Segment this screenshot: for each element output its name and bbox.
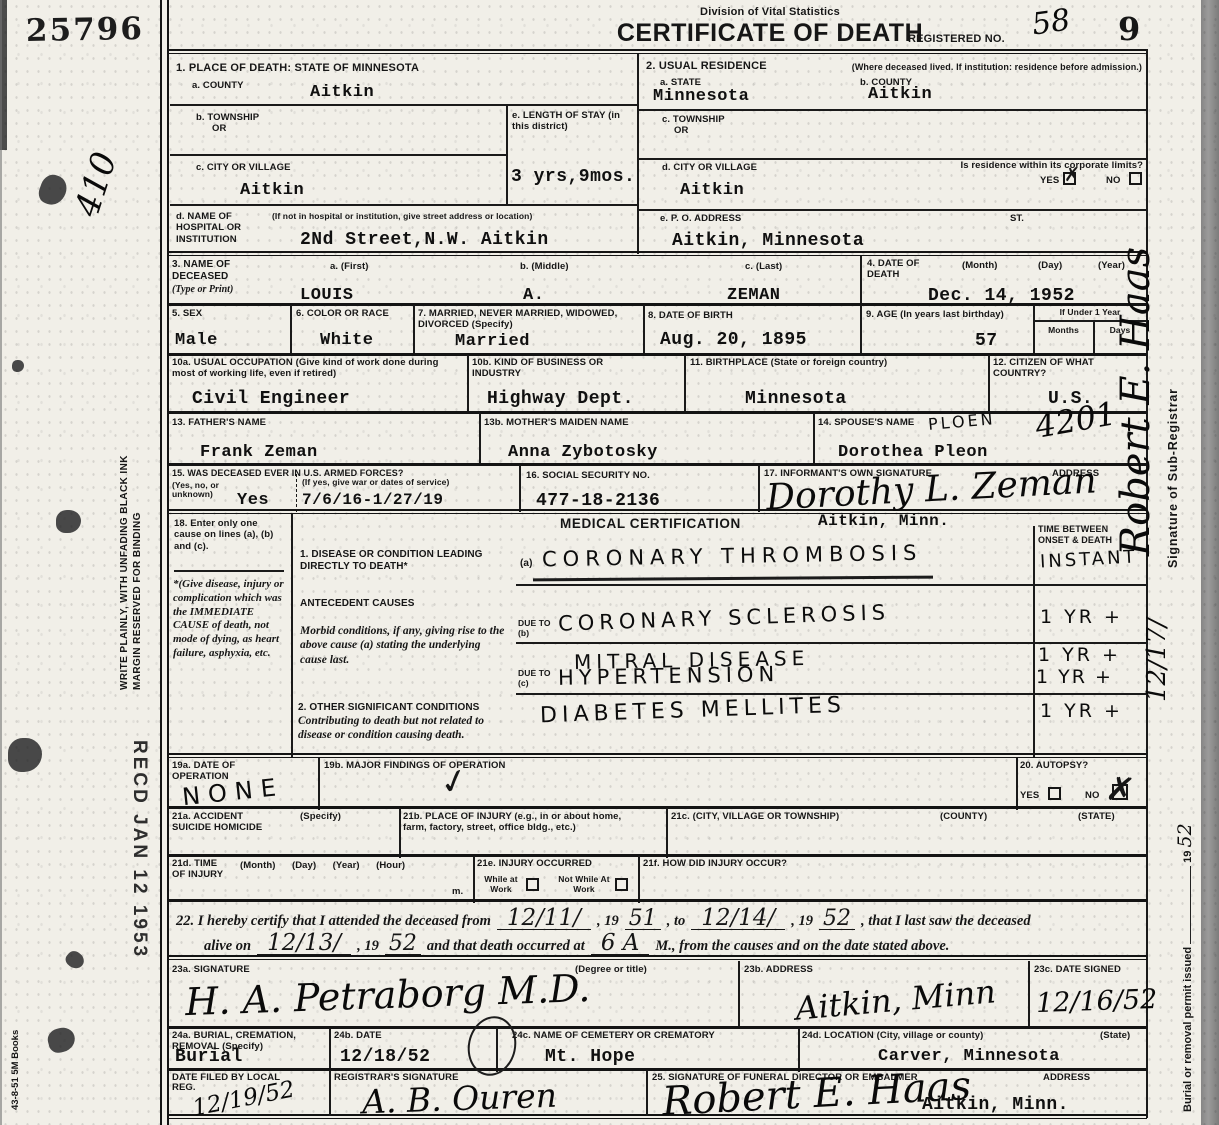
certify-text: , 19 (597, 914, 619, 929)
rule (666, 808, 668, 858)
permit-blank (1179, 866, 1191, 944)
ink-blot (8, 738, 42, 772)
burial-date-label: 24b. DATE (334, 1030, 382, 1041)
type-or-print-note: (Type or Print) (172, 284, 233, 297)
middle-name-label: b. (Middle) (520, 261, 569, 272)
spouse-annotation-number: 4201 (1033, 397, 1119, 443)
attendant-signature: H. A. Petraborg M.D. (184, 969, 590, 1021)
burial-state-label: (State) (1100, 1030, 1130, 1041)
permit-label: Burial or removal permit issued (1182, 947, 1194, 1112)
township-label: b. TOWNSHIP (196, 112, 259, 123)
service-dates-value: 7/6/16-1/27/19 (302, 492, 443, 510)
cause-b-time-handwritten: 1 YR + (1040, 608, 1123, 627)
rule (168, 806, 1147, 809)
rule (1093, 320, 1095, 355)
name-of-deceased-label: 3. NAME OF DECEASED (172, 259, 264, 283)
residence-township-label: c. TOWNSHIP (662, 114, 725, 125)
death-day-label: (Day) (1038, 260, 1062, 271)
cemetery-value: Mt. Hope (545, 1048, 635, 1068)
cemetery-label: 24c. NAME OF CEMETERY OR CREMATORY (512, 1030, 792, 1041)
rule (168, 1026, 1147, 1029)
certify-text: alive on (204, 939, 251, 954)
rule (479, 413, 481, 465)
marital-label: 7. MARRIED, NEVER MARRIED, WIDOWED, DIVO… (418, 308, 640, 331)
occupation-value: Civil Engineer (192, 390, 350, 410)
length-of-stay-label: e. LENGTH OF STAY (in this district) (512, 110, 630, 133)
residence-city-value: Aitkin (680, 182, 744, 201)
spouse-label: 14. SPOUSE'S NAME (818, 417, 914, 428)
permit-year-handwritten: 52 (1174, 823, 1196, 847)
ssn-value: 477-18-2136 (536, 492, 660, 512)
rule (813, 413, 815, 465)
serial-number-stamp: 25796 (26, 11, 144, 49)
rule (637, 54, 639, 254)
time-of-injury-label: 21d. TIME OF INJURY (172, 858, 230, 881)
usual-residence-title: 2. USUAL RESIDENCE (646, 60, 767, 73)
ink-blot (12, 360, 24, 372)
date-signed-label: 23c. DATE SIGNED (1034, 964, 1121, 975)
not-while-at-work-label: Not While At Work (556, 874, 612, 894)
mother-label: 13b. MOTHER'S MAIDEN NAME (484, 417, 629, 428)
rule (1033, 305, 1035, 355)
mother-value: Anna Zybotosky (508, 444, 658, 463)
rule (413, 305, 415, 355)
cause-a-label: (a) (520, 558, 533, 570)
scan-edge-line (0, 0, 2, 1125)
rule (318, 758, 320, 810)
print-code: 43-8-51 5M Books (10, 1030, 21, 1110)
time-m-label: m. (452, 886, 463, 897)
rule (168, 411, 1147, 414)
while-at-work-checkbox (526, 878, 539, 891)
received-date-stamp: RECD JAN 12 1953 (128, 740, 150, 959)
due-to-b-label: DUE TO (b) (518, 618, 560, 638)
corporate-limits-question: Is residence within its corporate limits… (928, 160, 1143, 171)
cause-b-value-handwritten: CORONARY SCLEROSIS (558, 602, 891, 635)
usual-residence-note: (Where deceased lived. If institution: r… (830, 62, 1142, 73)
while-at-work-label: While at Work (478, 874, 524, 894)
limits-no-label: NO (1106, 175, 1120, 186)
rule (798, 1028, 800, 1072)
certify-statement-line2: alive on 12/13/ , 19 52 and that death o… (204, 933, 949, 955)
limits-yes-x-mark: ✗ (1064, 164, 1080, 186)
middle-name-value: A. (523, 287, 544, 306)
residence-township-or: OR (674, 125, 688, 136)
rule (519, 465, 521, 512)
rule (168, 49, 1147, 54)
other-conditions-note: Contributing to death but not related to… (298, 714, 510, 743)
ink-blot (56, 510, 81, 533)
rule (643, 305, 645, 355)
rule (168, 353, 1147, 356)
birthplace-value: Minnesota (745, 390, 847, 410)
rule (638, 209, 1147, 211)
rule (170, 104, 637, 106)
margin-instruction-line2: MARGIN RESERVED FOR BINDING (131, 455, 144, 690)
rule (168, 899, 1147, 902)
sub-registrar-signature: Robert E. Haas (1116, 247, 1156, 556)
race-value: White (320, 332, 374, 351)
residence-state-value: Minnesota (653, 88, 749, 107)
race-label: 6. COLOR OR RACE (296, 308, 408, 319)
injury-state-label: (STATE) (1078, 811, 1115, 822)
rule (684, 355, 686, 413)
rule (296, 474, 297, 512)
last-name-label: c. (Last) (745, 261, 782, 272)
death-certificate-scan: 25796 410 WRITE PLAINLY, WITH UNFADING B… (0, 0, 1219, 1125)
months-label: Months (1036, 325, 1091, 335)
immediate-cause-note: *(Give disease, injury or complication w… (173, 578, 287, 661)
cause-a-value-handwritten: CORONARY THROMBOSIS (542, 543, 923, 571)
other-conditions-time-handwritten: 1 YR + (1040, 702, 1123, 721)
time-of-injury-units: (Month) (Day) (Year) (Hour) (240, 860, 405, 871)
permit-line: Burial or removal permit issued 19 52 (1176, 823, 1195, 1112)
attended-to-date-handwritten: 12/14/ (691, 908, 785, 930)
rule (646, 1070, 648, 1116)
funeral-director-address-label: ADDRESS (1043, 1072, 1090, 1083)
last-name-value: ZEMAN (727, 287, 781, 306)
occupation-label: 10a. USUAL OCCUPATION (Give kind of work… (172, 357, 462, 380)
residence-county-value: Aitkin (868, 86, 932, 105)
certify-text: M., from the causes and on the date stat… (655, 939, 949, 954)
attendant-signature-label: 23a. SIGNATURE (172, 964, 250, 975)
sex-value: Male (175, 332, 218, 351)
last-alive-date-handwritten: 12/13/ (257, 933, 351, 955)
rule (168, 251, 1147, 256)
due-to-c-label: DUE TO (c) (518, 668, 560, 688)
po-address-label: e. P. O. ADDRESS (660, 213, 741, 224)
place-of-death-title: 1. PLACE OF DEATH: STATE OF MINNESOTA (176, 62, 419, 75)
date-filed-label2: REG. (172, 1082, 196, 1093)
place-of-injury-label: 21b. PLACE OF INJURY (e.g., in or about … (403, 811, 635, 834)
burial-date-value: 12/18/52 (340, 1048, 430, 1068)
county-value: Aitkin (310, 84, 374, 103)
margin-instructions: WRITE PLAINLY, WITH UNFADING BLACK INK M… (118, 455, 144, 690)
rule (170, 154, 506, 156)
certify-text: , that I last saw the deceased (861, 914, 1031, 929)
division-title: Division of Vital Statistics (470, 6, 1070, 19)
industry-value: Highway Dept. (487, 390, 634, 410)
certify-statement-line1: 22. I hereby certify that I attended the… (176, 908, 1031, 930)
rule (473, 856, 475, 903)
rule (399, 808, 401, 858)
rule (860, 256, 862, 305)
ink-blot (63, 948, 87, 972)
autopsy-no-x-mark: ✗ (1103, 768, 1137, 812)
cause-c-time-handwritten: 1 YR + (1036, 668, 1113, 687)
registered-no-printed: 9 (1118, 10, 1140, 48)
township-or-label: OR (212, 123, 226, 134)
sub-registrar-label: Signature of Sub-Registrar (1166, 388, 1180, 568)
marital-value: Married (455, 333, 530, 352)
rule (290, 305, 292, 355)
burial-location-label: 24d. LOCATION (City, village or county) (802, 1030, 983, 1041)
rule (1028, 961, 1030, 1028)
ink-blot (36, 171, 71, 208)
age-label: 9. AGE (In years last birthday) (866, 309, 1006, 320)
autopsy-no-label: NO (1085, 790, 1099, 801)
alive-year-handwritten: 52 (385, 934, 421, 955)
birth-date-value: Aug. 20, 1895 (660, 331, 807, 351)
length-of-stay-value: 3 yrs,9mos. (511, 168, 635, 188)
disease-condition-label: 1. DISEASE OR CONDITION LEADING DIRECTLY… (300, 549, 518, 573)
armed-forces-note2: unknown) (172, 489, 213, 499)
limits-yes-label: YES (1040, 175, 1059, 186)
rule (516, 584, 1147, 586)
specify-label: (Specify) (300, 811, 341, 822)
service-dates-note: (If yes, give war or dates of service) (302, 477, 517, 487)
informant-address-value: Aitkin, Minn. (818, 513, 949, 531)
citizen-label: 12. CITIZEN OF WHAT COUNTRY? (993, 357, 1133, 380)
rule (329, 1070, 331, 1116)
margin-handwriting: 410 (70, 148, 122, 220)
other-conditions-value-handwritten: DIABETES MELLITES (540, 695, 847, 728)
date-of-death-value: Dec. 14, 1952 (928, 287, 1075, 307)
hospital-note: (If not in hospital or institution, give… (272, 211, 640, 221)
accident-suicide-homicide-label: 21a. ACCIDENT SUICIDE HOMICIDE (172, 811, 270, 834)
residence-city-label: d. CITY OR VILLAGE (662, 162, 757, 173)
city-label: c. CITY OR VILLAGE (196, 162, 291, 173)
rule (168, 753, 1147, 758)
how-did-injury-occur-label: 21f. HOW DID INJURY OCCUR? (643, 858, 787, 869)
medical-certification-title: MEDICAL CERTIFICATION (560, 516, 741, 531)
burial-value: Burial (175, 1048, 243, 1068)
cause-instruction-note: 18. Enter only one cause on lines (a), (… (174, 518, 286, 552)
permit-year-label: 19 (1182, 851, 1194, 863)
antecedent-causes-label: ANTECEDENT CAUSES (300, 598, 415, 610)
rule (738, 961, 740, 1028)
rule (291, 514, 293, 757)
to-year-handwritten: 52 (819, 909, 855, 930)
cause-c-value-handwritten: HYPERTENSION (558, 664, 780, 689)
rule (988, 355, 990, 413)
permit-date-handwritten: 12/17/ (1144, 618, 1170, 702)
attendant-address-handwritten: Aitkin, Minn (794, 975, 997, 1024)
rule (638, 109, 1147, 111)
not-while-at-work-checkbox (615, 878, 628, 891)
rule (758, 465, 760, 512)
margin-instruction-line1: WRITE PLAINLY, WITH UNFADING BLACK INK (118, 455, 131, 690)
ssn-label: 16. SOCIAL SECURITY NO. (526, 470, 650, 481)
hand-underline (533, 576, 933, 581)
cause-b2-time-handwritten: 1 YR + (1038, 646, 1121, 665)
autopsy-yes-label: YES (1020, 790, 1039, 801)
first-name-value: LOUIS (300, 287, 354, 306)
rule (329, 1028, 331, 1072)
po-address-value: Aitkin, Minnesota (672, 232, 864, 252)
attended-from-date-handwritten: 12/11/ (497, 908, 591, 930)
hospital-value: 2Nd Street,N.W. Aitkin (300, 231, 549, 251)
injury-city-label: 21c. (CITY, VILLAGE OR TOWNSHIP) (671, 811, 839, 822)
scan-right-band (1201, 0, 1219, 1125)
limits-no-checkbox (1129, 172, 1142, 185)
father-label: 13. FATHER'S NAME (172, 417, 266, 428)
ink-blot (45, 1025, 77, 1055)
registered-no-handwritten: 58 (1030, 5, 1072, 40)
armed-forces-value: Yes (237, 492, 269, 511)
birthplace-label: 11. BIRTHPLACE (State or foreign country… (690, 357, 980, 368)
registered-no-label: REGISTERED NO. (908, 33, 1005, 46)
certify-text: , 19 (357, 939, 379, 954)
rule (168, 1068, 1147, 1071)
rule (506, 104, 508, 205)
birth-date-label: 8. DATE OF BIRTH (648, 310, 733, 321)
county-label: a. COUNTY (192, 80, 244, 91)
rule (168, 854, 1147, 857)
attendant-address-label: 23b. ADDRESS (744, 964, 813, 975)
hospital-label: d. NAME OF HOSPITAL OR INSTITUTION (176, 211, 268, 245)
street-label: ST. (1010, 213, 1024, 224)
spouse-value: Dorothea Pleon (838, 444, 988, 463)
city-value: Aitkin (240, 182, 304, 201)
certify-text: , to (667, 914, 686, 929)
rule (860, 305, 862, 355)
sex-label: 5. SEX (172, 308, 202, 319)
spouse-annotation-handwritten: PLOEN (927, 411, 996, 433)
death-month-label: (Month) (962, 260, 998, 271)
first-name-label: a. (First) (330, 261, 368, 272)
rule (467, 355, 469, 413)
registrar-signature: A. B. Ouren (361, 1079, 557, 1119)
injury-occurred-label: 21e. INJURY OCCURRED (477, 858, 592, 869)
father-value: Frank Zeman (200, 444, 318, 463)
other-conditions-label: 2. OTHER SIGNIFICANT CONDITIONS (298, 702, 479, 714)
certify-text: 22. I hereby certify that I attended the… (176, 914, 491, 929)
industry-label: 10b. KIND OF BUSINESS OR INDUSTRY (472, 357, 652, 380)
certify-text: and that death occurred at (427, 939, 585, 954)
death-time-handwritten: 6 A (591, 933, 650, 955)
from-year-handwritten: 51 (625, 909, 661, 930)
rule (638, 856, 640, 903)
rule (170, 204, 637, 206)
date-of-death-label: 4. DATE OF DEATH (867, 258, 929, 281)
age-value: 57 (975, 332, 998, 352)
certify-text: , 19 (791, 914, 813, 929)
operation-findings-label: 19b. MAJOR FINDINGS OF OPERATION (324, 760, 505, 771)
date-signed-handwritten: 12/16/52 (1036, 986, 1158, 1017)
autopsy-label: 20. AUTOPSY? (1020, 760, 1088, 771)
autopsy-yes-checkbox (1048, 787, 1061, 800)
rule (174, 570, 284, 572)
rule (1016, 758, 1018, 810)
injury-county-label: (COUNTY) (940, 811, 987, 822)
morbid-conditions-note: Morbid conditions, if any, giving rise t… (300, 624, 505, 667)
